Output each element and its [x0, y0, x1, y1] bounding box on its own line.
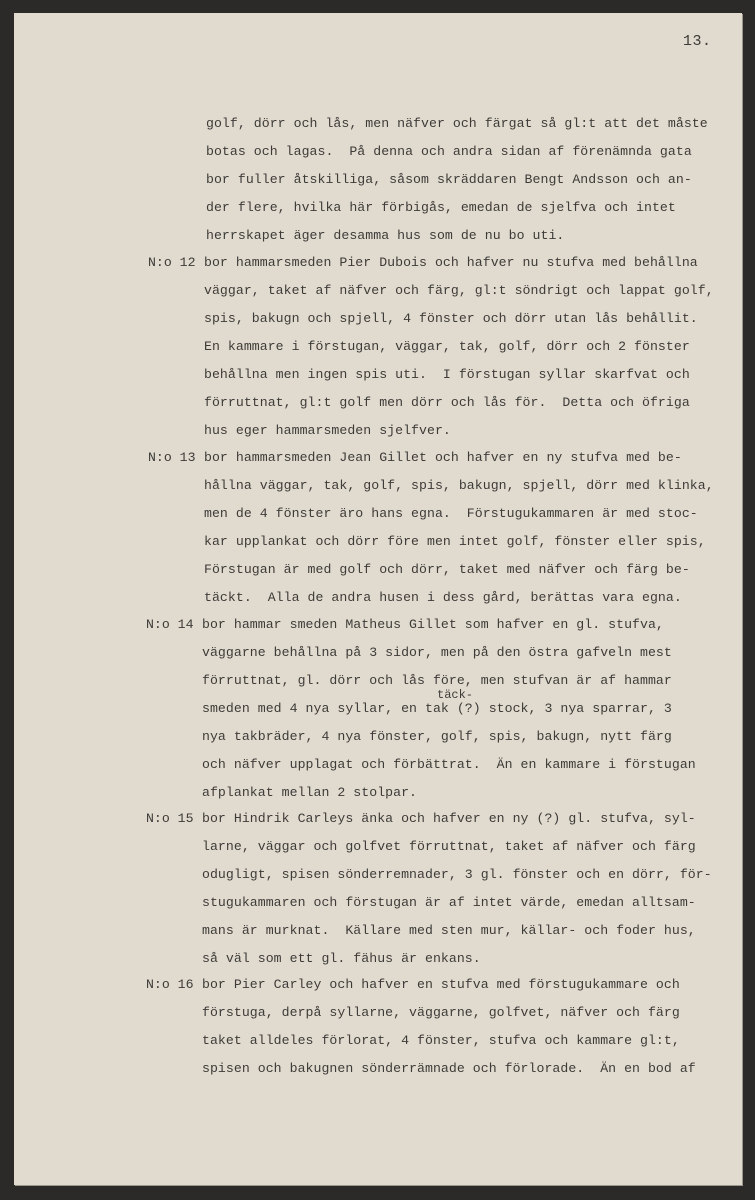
- entry-label-14: N:o 14: [146, 617, 193, 633]
- entry-line: hus eger hammarsmeden sjelfver.: [204, 423, 451, 439]
- entry-label-12: N:o 12: [148, 255, 195, 271]
- entry-line: spis, bakugn och spjell, 4 fönster och d…: [204, 311, 698, 327]
- entry-line: hållna väggar, tak, golf, spis, bakugn, …: [204, 478, 714, 494]
- entry-label-13: N:o 13: [148, 450, 195, 466]
- entry-line: kar upplankat och dörr före men intet go…: [204, 534, 706, 550]
- entry-line: bor Hindrik Carleys änka och hafver en n…: [202, 811, 696, 827]
- entry-line: täckt. Alla de andra husen i dess gård, …: [204, 590, 682, 606]
- page-number: 13.: [683, 33, 712, 50]
- entry-line: förstuga, derpå syllarne, väggarne, golf…: [202, 1005, 680, 1021]
- entry-line: nya takbräder, 4 nya fönster, golf, spis…: [202, 729, 672, 745]
- entry-line: bor hammar smeden Matheus Gillet som haf…: [202, 617, 664, 633]
- intro-line: herrskapet äger desamma hus som de nu bo…: [206, 228, 564, 244]
- entry-label-15: N:o 15: [146, 811, 193, 827]
- entry-line: så väl som ett gl. fähus är enkans.: [202, 951, 481, 967]
- intro-line: der flere, hvilka här förbigås, emedan d…: [206, 200, 676, 216]
- entry-line: En kammare i förstugan, väggar, tak, gol…: [204, 339, 690, 355]
- entry-line: mans är murknat. Källare med sten mur, k…: [202, 923, 696, 939]
- entry-line: behållna men ingen spis uti. I förstugan…: [204, 367, 690, 383]
- entry-line: förruttnat, gl:t golf men dörr och lås f…: [204, 395, 690, 411]
- entry-line: Förstugan är med golf och dörr, taket me…: [204, 562, 690, 578]
- interlinear-insertion: täck-: [437, 688, 473, 702]
- entry-line: väggar, taket af näfver och färg, gl:t s…: [204, 283, 714, 299]
- entry-line: väggarne behållna på 3 sidor, men på den…: [202, 645, 672, 661]
- entry-line: förruttnat, gl. dörr och lås före, men s…: [202, 673, 672, 689]
- entry-line: bor Pier Carley och hafver en stufva med…: [202, 977, 680, 993]
- entry-label-16: N:o 16: [146, 977, 193, 993]
- entry-line: odugligt, spisen sönderremnader, 3 gl. f…: [202, 867, 712, 883]
- entry-line: larne, väggar och golfvet förruttnat, ta…: [202, 839, 696, 855]
- intro-line: botas och lagas. På denna och andra sida…: [206, 144, 692, 160]
- intro-line: golf, dörr och lås, men näfver och färga…: [206, 116, 708, 132]
- entry-line: stugukammaren och förstugan är af intet …: [202, 895, 696, 911]
- entry-line: taket alldeles förlorat, 4 fönster, stuf…: [202, 1033, 680, 1049]
- entry-line: bor hammarsmeden Jean Gillet och hafver …: [204, 450, 682, 466]
- entry-line: bor hammarsmeden Pier Dubois och hafver …: [204, 255, 698, 271]
- entry-line: smeden med 4 nya syllar, en tak (?) stoc…: [202, 701, 672, 717]
- entry-line: men de 4 fönster äro hans egna. Förstugu…: [204, 506, 698, 522]
- entry-line: afplankat mellan 2 stolpar.: [202, 785, 417, 801]
- intro-line: bor fuller åtskilliga, såsom skräddaren …: [206, 172, 692, 188]
- entry-line: och näfver upplagat och förbättrat. Än e…: [202, 757, 696, 773]
- entry-line: spisen och bakugnen sönderrämnade och fö…: [202, 1061, 696, 1077]
